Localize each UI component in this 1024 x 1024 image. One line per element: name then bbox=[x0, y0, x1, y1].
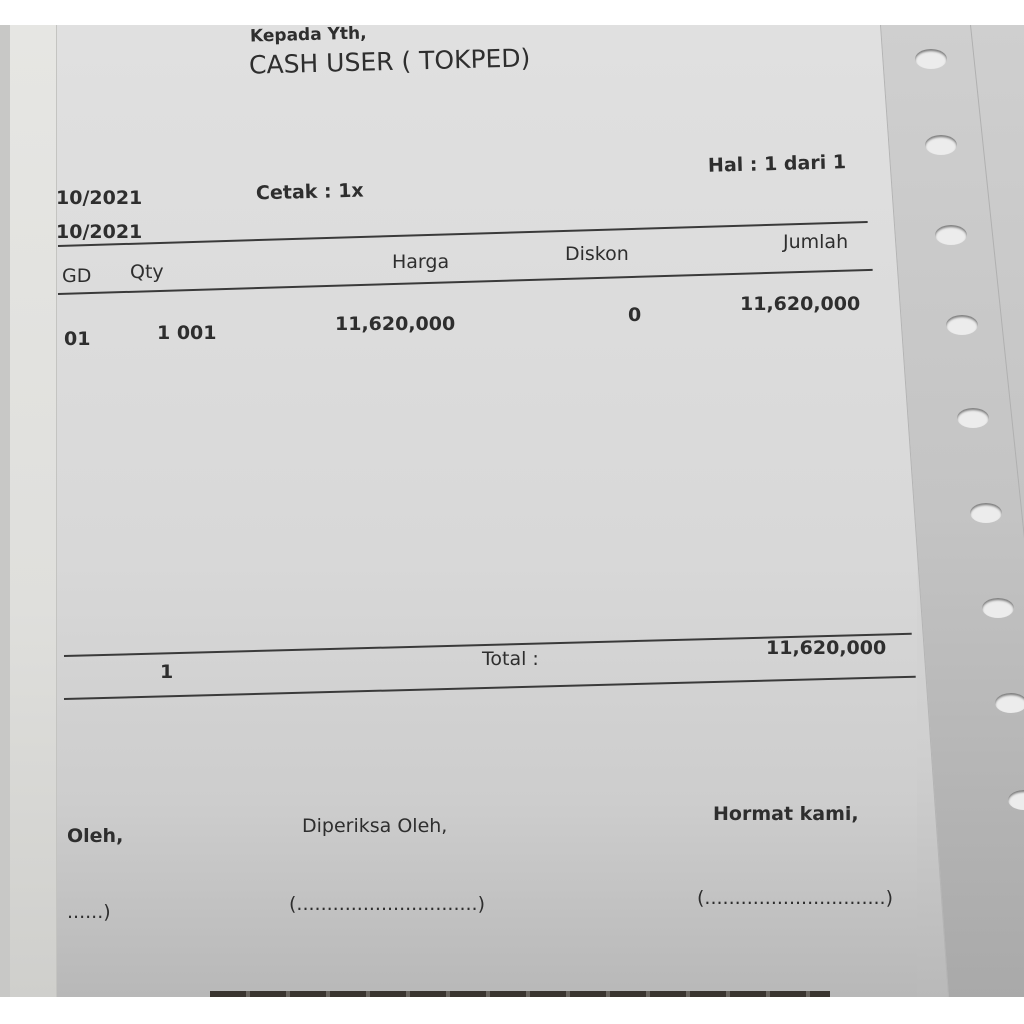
row-jumlah: 11,620,000 bbox=[740, 293, 860, 315]
column-header-gd: GD bbox=[62, 265, 91, 287]
feed-hole-icon bbox=[946, 315, 978, 335]
date-to: 10/2021 bbox=[56, 221, 142, 243]
row-qty: 1 001 bbox=[157, 322, 217, 344]
feed-hole-icon bbox=[915, 49, 947, 69]
signature-line-hormat: (..............................) bbox=[697, 887, 893, 909]
total-label: Total : bbox=[482, 648, 539, 670]
row-diskon: 0 bbox=[628, 304, 641, 326]
torn-edge bbox=[210, 991, 830, 997]
total-item-count: 1 bbox=[160, 661, 173, 683]
background-edge bbox=[0, 25, 10, 997]
feed-hole-icon bbox=[995, 693, 1024, 713]
feed-hole-icon bbox=[935, 225, 967, 245]
row-harga: 11,620,000 bbox=[335, 313, 455, 335]
feed-hole-icon bbox=[970, 503, 1002, 523]
total-value: 11,620,000 bbox=[766, 637, 886, 659]
page-info: Hal : 1 dari 1 bbox=[708, 151, 847, 177]
signature-label-oleh: Oleh, bbox=[67, 825, 123, 847]
underlying-paper-strip bbox=[10, 25, 57, 997]
feed-hole-icon bbox=[957, 408, 989, 428]
signature-label-hormat: Hormat kami, bbox=[713, 803, 859, 825]
signature-line-oleh: ......) bbox=[67, 901, 111, 923]
print-count: Cetak : 1x bbox=[256, 180, 364, 205]
receipt-photo: Kepada Yth, CASH USER ( TOKPED) Hal : 1 … bbox=[0, 25, 1024, 997]
row-gd: 01 bbox=[64, 328, 90, 350]
signature-line-diperiksa: (..............................) bbox=[289, 893, 485, 915]
column-header-qty: Qty bbox=[130, 261, 164, 283]
column-header-diskon: Diskon bbox=[565, 243, 629, 265]
date-from: 10/2021 bbox=[56, 187, 142, 209]
feed-hole-icon bbox=[982, 598, 1014, 618]
signature-label-diperiksa: Diperiksa Oleh, bbox=[302, 815, 447, 837]
feed-hole-icon bbox=[925, 135, 957, 155]
column-header-jumlah: Jumlah bbox=[783, 231, 848, 253]
recipient-salutation: Kepada Yth, bbox=[250, 25, 367, 47]
column-header-harga: Harga bbox=[392, 251, 449, 273]
